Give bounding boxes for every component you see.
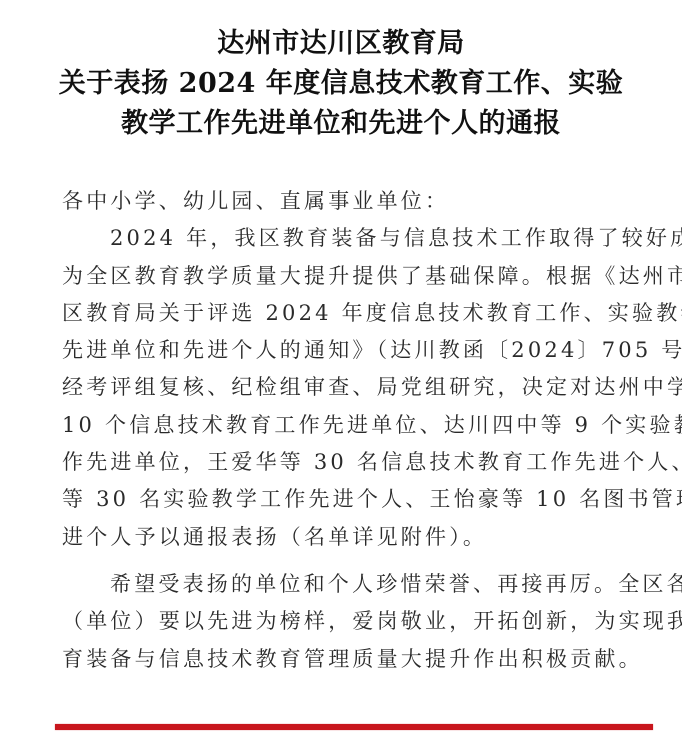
- document-page: 达州市达川区教育局 关于表扬 2024 年度信息技术教育工作、实验 教学工作先进…: [0, 0, 682, 745]
- red-divider-rule: [55, 724, 653, 730]
- paragraph-1-line: 进个人予以通报表扬（名单详见附件）。: [62, 519, 640, 556]
- paragraph-2-line: （单位）要以先进为榜样，爱岗敬业，开拓创新，为实现我区教: [62, 603, 640, 640]
- salutation: 各中小学、幼儿园、直属事业单位：: [62, 183, 640, 220]
- paragraph-2: 希望受表扬的单位和个人珍惜荣誉、再接再厉。全区各学校 （单位）要以先进为榜样，爱…: [62, 566, 640, 678]
- paragraph-spacer: [62, 556, 640, 566]
- paragraph-1-line: 2024 年，我区教育装备与信息技术工作取得了较好成绩，: [62, 220, 640, 257]
- title-line-3: 教学工作先进单位和先进个人的通报: [0, 104, 682, 144]
- paragraph-1-line: 区教育局关于评选 2024 年度信息技术教育工作、实验教学工作: [62, 295, 640, 332]
- paragraph-1-line: 等 30 名实验教学工作先进个人、王怡豪等 10 名图书管理工作先: [62, 481, 640, 518]
- paragraph-1-line: 为全区教育教学质量大提升提供了基础保障。根据《达州市达川: [62, 258, 640, 295]
- title-line-issuer: 达州市达川区教育局: [0, 24, 682, 64]
- paragraph-2-line: 育装备与信息技术教育管理质量大提升作出积极贡献。: [62, 641, 640, 678]
- paragraph-1-line: 经考评组复核、纪检组审查、局党组研究，决定对达州中学等: [62, 369, 640, 406]
- paragraph-1: 2024 年，我区教育装备与信息技术工作取得了较好成绩， 为全区教育教学质量大提…: [62, 220, 640, 556]
- paragraph-1-line: 先进单位和先进个人的通知》（达川教函〔2024〕705 号）要求，: [62, 332, 640, 369]
- document-title: 达州市达川区教育局 关于表扬 2024 年度信息技术教育工作、实验 教学工作先进…: [0, 24, 682, 144]
- title-line-2: 关于表扬 2024 年度信息技术教育工作、实验: [0, 64, 682, 104]
- paragraph-1-line: 作先进单位，王爱华等 30 名信息技术教育工作先进个人、杨悦: [62, 444, 640, 481]
- paragraph-1-line: 10 个信息技术教育工作先进单位、达川四中等 9 个实验教学工: [62, 407, 640, 444]
- document-body: 各中小学、幼儿园、直属事业单位： 2024 年，我区教育装备与信息技术工作取得了…: [62, 183, 640, 678]
- paragraph-2-line: 希望受表扬的单位和个人珍惜荣誉、再接再厉。全区各学校: [62, 566, 640, 603]
